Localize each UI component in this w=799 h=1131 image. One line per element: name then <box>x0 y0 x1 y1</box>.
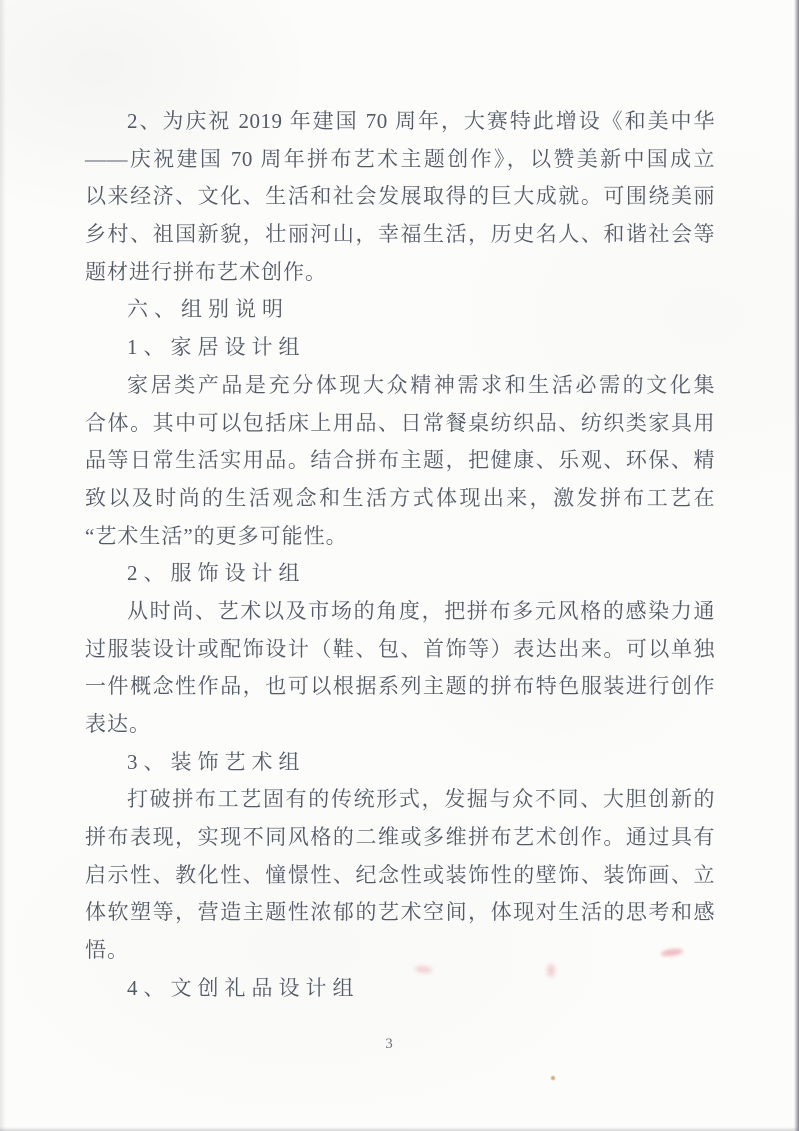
text-line: 从时尚、艺术以及市场的角度，把拼布多元风格的感染力通 <box>85 593 715 631</box>
text-line: 拼布表现，实现不同风格的二维或多维拼布艺术创作。通过具有 <box>85 819 715 857</box>
group-heading: 4、文创礼品设计组 <box>85 970 715 1008</box>
scan-speck <box>551 1076 555 1080</box>
text-line: 题材进行拼布艺术创作。 <box>85 254 715 292</box>
document-body: 2、为庆祝 2019 年建国 70 周年，大赛特此增设《和美中华 ——庆祝建国 … <box>85 103 715 1008</box>
text-line: 乡村、祖国新貌，壮丽河山，幸福生活，历史名人、和谐社会等 <box>85 216 715 254</box>
text-line: 2、为庆祝 2019 年建国 70 周年，大赛特此增设《和美中华 <box>85 103 715 141</box>
text-line: “艺术生活”的更多可能性。 <box>85 518 715 556</box>
scan-edge-bottom <box>0 1127 799 1131</box>
text-line: 启示性、教化性、憧憬性、纪念性或装饰性的壁饰、装饰画、立 <box>85 857 715 895</box>
text-line: 悟。 <box>85 932 715 970</box>
text-line: 一件概念性作品，也可以根据系列主题的拼布特色服装进行创作 <box>85 668 715 706</box>
group-heading: 2、服饰设计组 <box>85 555 715 593</box>
text-line: 致以及时尚的生活观念和生活方式体现出来，激发拼布工艺在 <box>85 480 715 518</box>
page-number: 3 <box>0 1036 778 1053</box>
text-line: ——庆祝建国 70 周年拼布艺术主题创作》，以赞美新中国成立 <box>85 141 715 179</box>
group-heading: 3、装饰艺术组 <box>85 744 715 782</box>
group-heading: 1、家居设计组 <box>85 329 715 367</box>
text-line: 家居类产品是充分体现大众精神需求和生活必需的文化集 <box>85 367 715 405</box>
text-line: 打破拼布工艺固有的传统形式，发掘与众不同、大胆创新的 <box>85 781 715 819</box>
section-heading: 六、组别说明 <box>85 291 715 329</box>
text-line: 以来经济、文化、生活和社会发展取得的巨大成就。可围绕美丽 <box>85 178 715 216</box>
scan-edge-right <box>794 0 799 1131</box>
text-line: 合体。其中可以包括床上用品、日常餐桌纺织品、纺织类家具用 <box>85 405 715 443</box>
scanned-document-page: 2、为庆祝 2019 年建国 70 周年，大赛特此增设《和美中华 ——庆祝建国 … <box>0 0 799 1131</box>
text-line: 品等日常生活实用品。结合拼布主题，把健康、乐观、环保、精 <box>85 442 715 480</box>
text-line: 表达。 <box>85 706 715 744</box>
text-line: 体软塑等，营造主题性浓郁的艺术空间，体现对生活的思考和感 <box>85 894 715 932</box>
scan-edge-left <box>0 0 6 1131</box>
text-line: 过服装设计或配饰设计（鞋、包、首饰等）表达出来。可以单独 <box>85 631 715 669</box>
